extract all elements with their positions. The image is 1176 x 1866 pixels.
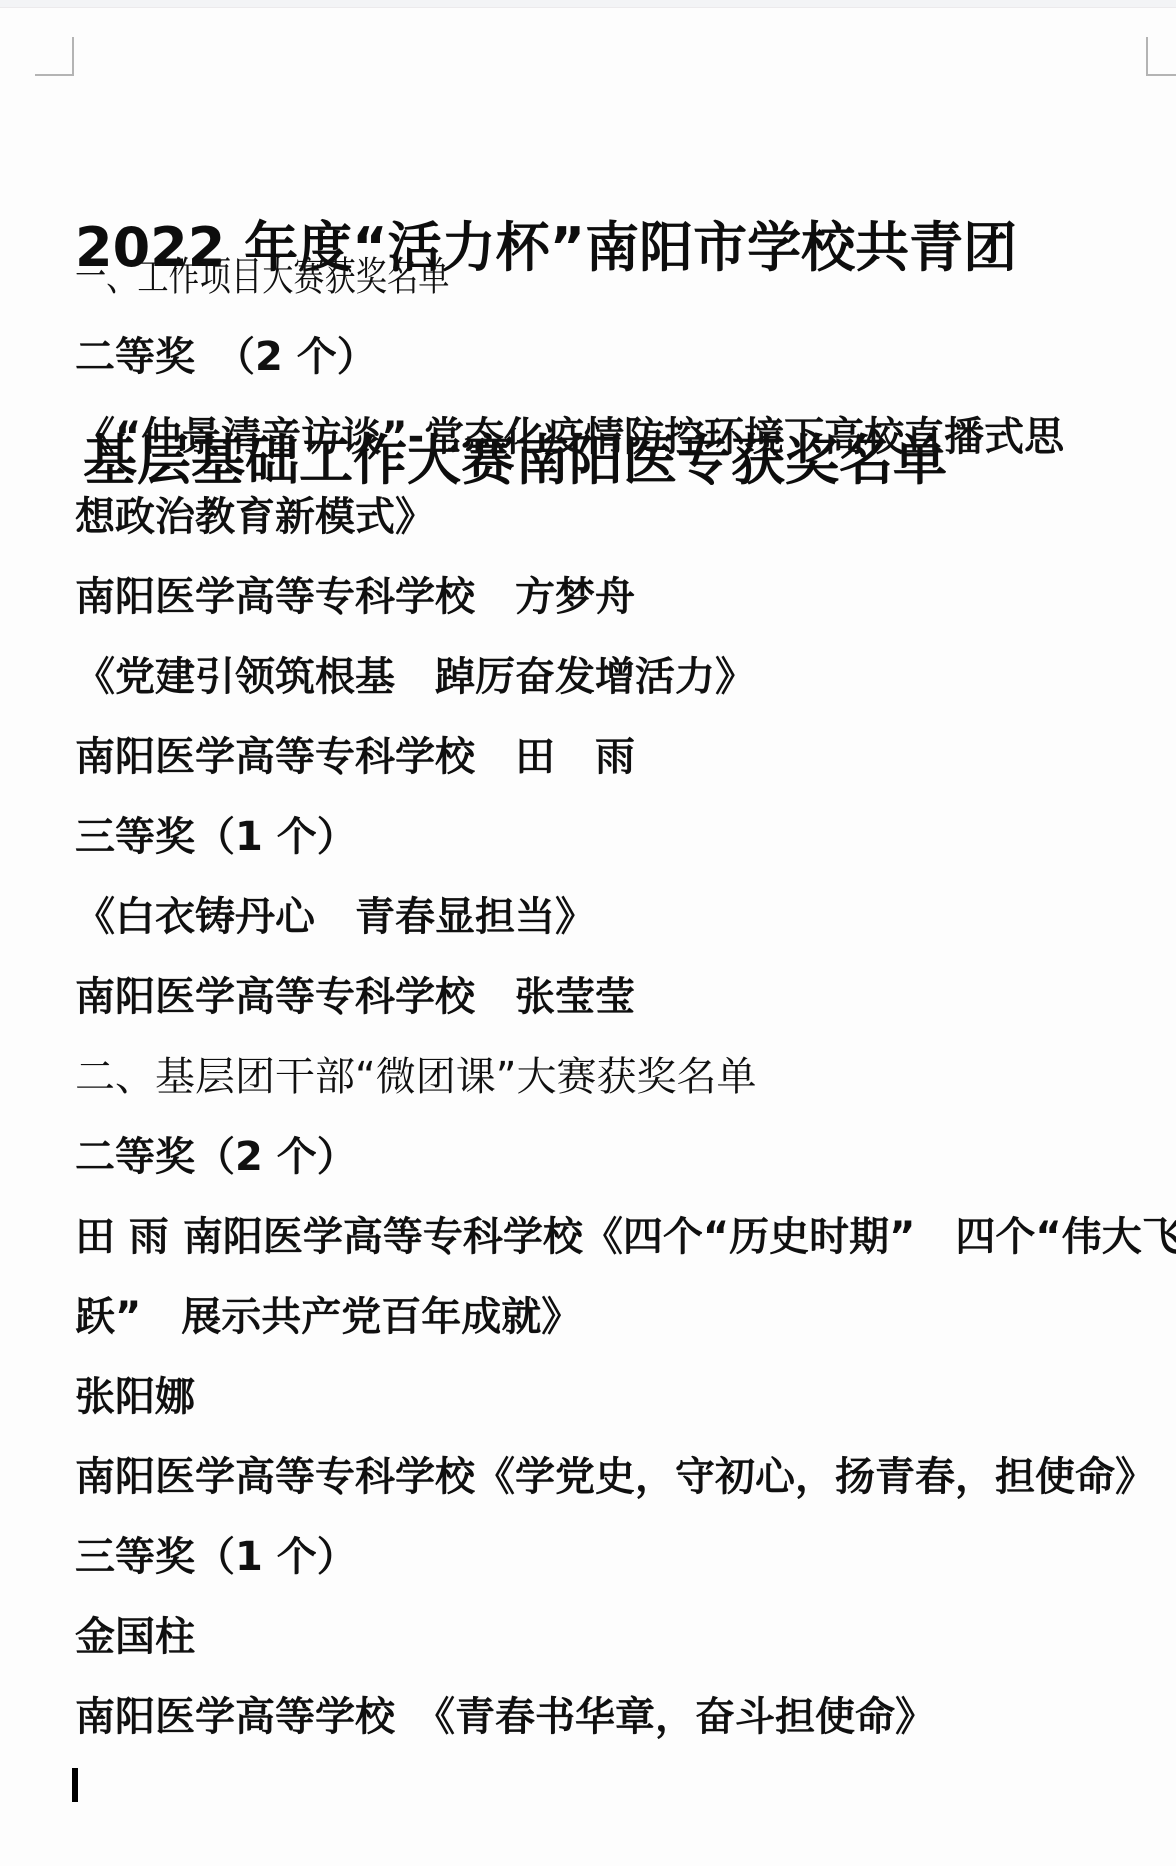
margin-crop-mark-top-left-icon [35,37,74,76]
document-line: 三等奖（1 个） [75,1517,1176,1597]
document-line: 张阳娜 [75,1357,1176,1437]
document-line: 跃” 展示共产党百年成就》 [75,1277,1176,1357]
document-line: 想政治教育新模式》 [75,477,1176,557]
document-page[interactable]: 2022 年度“活力杯”南阳市学校共青团 基层基础工作大赛南阳医专获奖名单 一、… [0,0,1176,1866]
document-line: 金国柱 [75,1597,1176,1677]
document-line: 一、工作项目大赛获奖名单 [75,237,934,317]
text-cursor [72,1768,78,1802]
document-line: 南阳医学高等专科学校 田 雨 [75,717,1176,797]
document-body: 一、工作项目大赛获奖名单二等奖 （2 个）《“仲景清音访谈”-常态化疫情防控环境… [75,237,1176,1757]
document-line: 《党建引领筑根基 踔厉奋发增活力》 [75,637,1176,717]
document-line: 《“仲景清音访谈”-常态化疫情防控环境下高校直播式思 [75,397,1176,477]
document-line: 南阳医学高等专科学校《学党史，守初心，扬青春，担使命》 [75,1437,1176,1517]
document-line: 《白衣铸丹心 青春显担当》 [75,877,1176,957]
document-line: 南阳医学高等学校 《青春书华章，奋斗担使命》 [75,1677,1176,1757]
document-line: 二等奖 （2 个） [75,317,1176,397]
margin-crop-mark-top-right-icon [1146,37,1176,76]
document-line: 南阳医学高等专科学校 方梦舟 [75,557,1176,637]
document-line: 南阳医学高等专科学校 张莹莹 [75,957,1176,1037]
document-line: 二等奖（2 个） [75,1117,1176,1197]
document-line: 田 雨 南阳医学高等专科学校《四个“历史时期” 四个“伟大飞 [75,1197,1176,1277]
document-line: 二、基层团干部“微团课”大赛获奖名单 [75,1037,1176,1117]
document-line: 三等奖（1 个） [75,797,1176,877]
page-top-edge [0,0,1176,8]
